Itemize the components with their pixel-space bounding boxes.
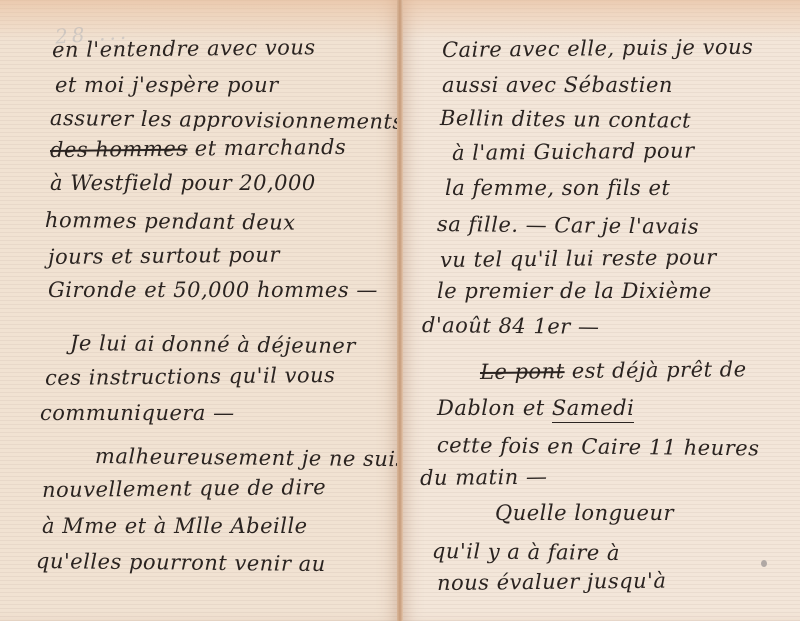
handwritten-line: nouvellement que de dire [42, 475, 326, 502]
handwritten-line: des hommes et marchands [50, 135, 347, 162]
handwritten-line: Je lui ai donné à déjeuner [70, 331, 356, 358]
handwritten-line: Bellin dites un contact [440, 106, 691, 133]
handwritten-line: Dablon et Samedi [437, 396, 634, 420]
ink-smudge [761, 560, 767, 567]
handwritten-line: cette fois en Caire 11 heures [437, 433, 760, 460]
handwritten-line: la femme, son fils et [445, 176, 670, 200]
handwritten-line: en l'entendre avec vous [52, 35, 316, 62]
letter-spread: 28 ... en l'entendre avec vouset moi j'e… [0, 0, 800, 621]
handwritten-line: à l'ami Guichard pour [452, 138, 695, 165]
handwritten-line: à Westfield pour 20,000 [50, 171, 316, 195]
handwritten-line: nous évaluer jusqu'à [437, 569, 667, 595]
handwritten-line: d'août 84 1er — [422, 313, 600, 339]
handwritten-line: malheureusement je ne suis [95, 444, 400, 471]
left-page: 28 ... en l'entendre avec vouset moi j'e… [0, 0, 400, 621]
handwritten-line: hommes pendant deux [45, 208, 296, 235]
handwritten-line: qu'il y a à faire à [432, 539, 620, 565]
struck-word: Le pont [480, 359, 565, 384]
line-text: et marchands [187, 135, 346, 161]
handwritten-line: Caire avec elle, puis je vous [442, 35, 754, 62]
handwritten-line: et moi j'espère pour [55, 73, 279, 97]
book-gutter [397, 0, 403, 621]
handwritten-line: Quelle longueur [495, 501, 674, 525]
handwritten-line: communiquera — [40, 401, 235, 425]
handwritten-line: le premier de la Dixième [437, 279, 712, 303]
handwritten-line: sa fille. — Car je l'avais [437, 212, 699, 239]
line-text: Dablon et [437, 396, 552, 420]
struck-word: des hommes [50, 137, 188, 162]
underlined-word: Samedi [552, 396, 634, 423]
handwritten-line: vu tel qu'il lui reste pour [440, 245, 717, 272]
handwritten-line: ces instructions qu'il vous [45, 363, 336, 390]
handwritten-line: jours et surtout pour [48, 243, 280, 269]
right-page: Caire avec elle, puis je vousaussi avec … [400, 0, 800, 621]
handwritten-line: qu'elles pourront venir au [36, 549, 326, 576]
handwritten-line: Le pont est déjà prêt de [480, 357, 747, 384]
handwritten-line: Gironde et 50,000 hommes — [48, 278, 378, 302]
handwritten-line: assurer les approvisionnements [50, 106, 400, 134]
line-text: est déjà prêt de [564, 357, 746, 383]
handwritten-line: à Mme et à Mlle Abeille [42, 514, 308, 538]
handwritten-line: du matin — [420, 465, 548, 490]
handwritten-line: aussi avec Sébastien [442, 73, 673, 97]
